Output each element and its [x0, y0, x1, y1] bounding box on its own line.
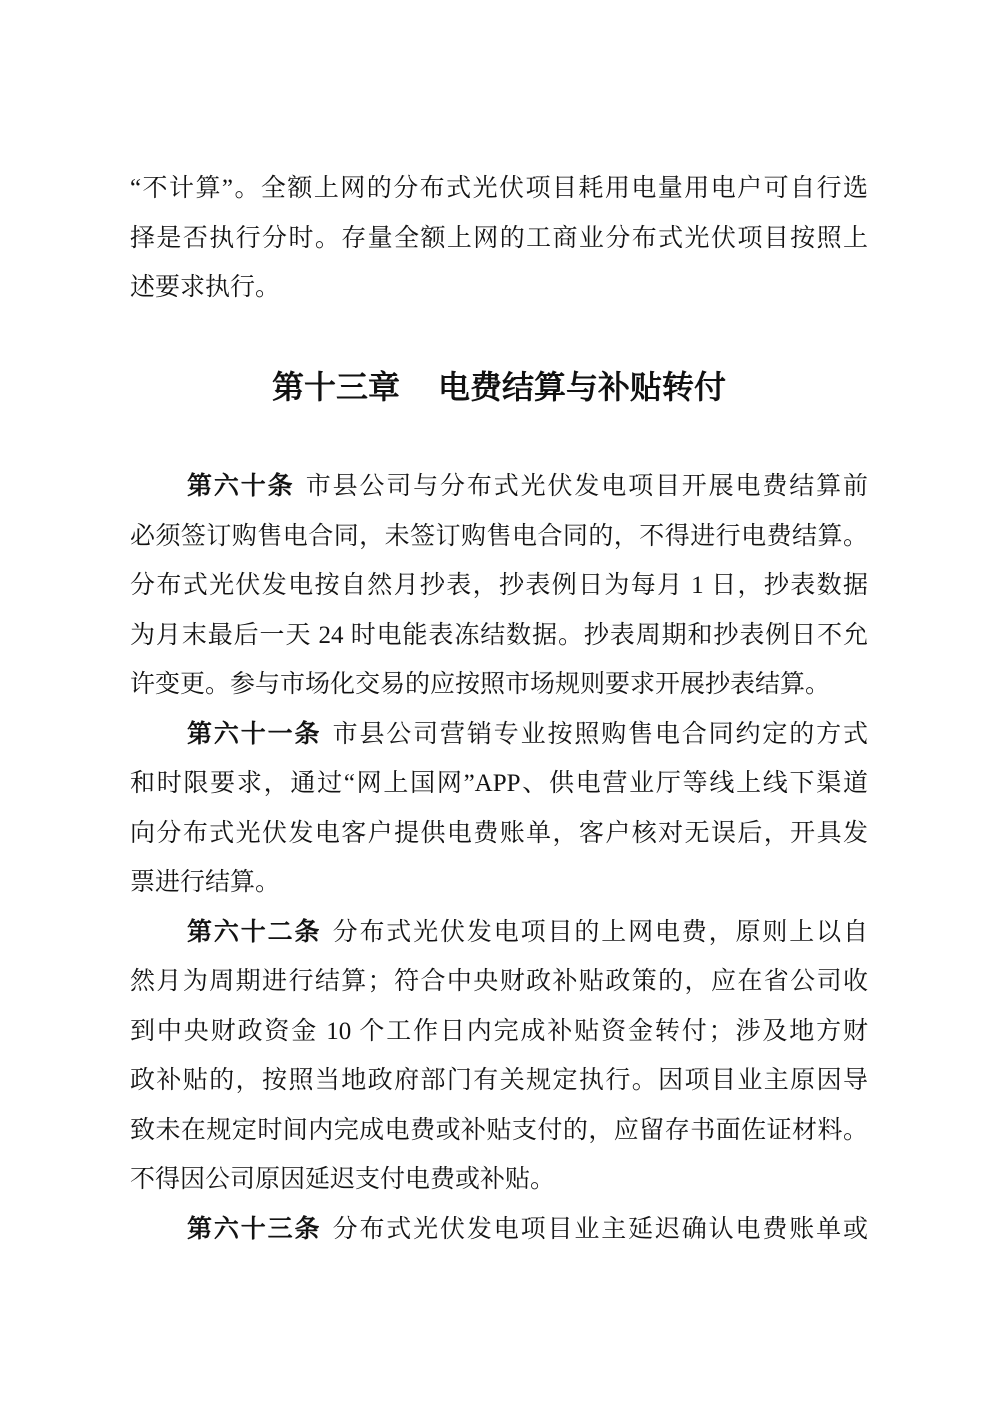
- text-line: 票进行结算。: [130, 858, 868, 908]
- article-text: 市县公司与分布式光伏发电项目开展电费结算前: [306, 473, 868, 500]
- text-line: 第六十一条市县公司营销专业按照购售电合同约定的方式: [130, 710, 868, 760]
- text-line: “不计算”。全额上网的分布式光伏项目耗用电量用电户可自行选: [130, 164, 868, 214]
- article-text: 市县公司营销专业按照购售电合同约定的方式: [333, 721, 868, 748]
- article-number: 第六十二条: [187, 918, 321, 946]
- text-line: 必须签订购售电合同，未签订购售电合同的，不得进行电费结算。: [130, 512, 868, 562]
- article-61: 第六十一条市县公司营销专业按照购售电合同约定的方式 和时限要求，通过“网上国网”…: [130, 710, 868, 908]
- article-62: 第六十二条分布式光伏发电项目的上网电费，原则上以自 然月为周期进行结算；符合中央…: [130, 908, 868, 1205]
- text-line: 许变更。参与市场化交易的应按照市场规则要求开展抄表结算。: [130, 660, 868, 710]
- text-line: 向分布式光伏发电客户提供电费账单，客户核对无误后，开具发: [130, 809, 868, 859]
- article-text: 分布式光伏发电项目的上网电费，原则上以自: [333, 919, 868, 946]
- document-page: “不计算”。全额上网的分布式光伏项目耗用电量用电户可自行选 择是否执行分时。存量…: [0, 0, 992, 1403]
- text-line: 到中央财政资金 10 个工作日内完成补贴资金转付；涉及地方财: [130, 1007, 868, 1057]
- text-line: 述要求执行。: [130, 263, 868, 313]
- text-line: 致未在规定时间内完成电费或补贴支付的，应留存书面佐证材料。: [130, 1106, 868, 1156]
- text-line: 第六十三条分布式光伏发电项目业主延迟确认电费账单或: [130, 1205, 868, 1255]
- article-number: 第六十三条: [187, 1215, 321, 1243]
- text-line: 第六十条市县公司与分布式光伏发电项目开展电费结算前: [130, 462, 868, 512]
- chapter-title: 电费结算与补贴转付: [438, 369, 726, 405]
- article-number: 第六十条: [187, 472, 294, 500]
- text-line: 分布式光伏发电按自然月抄表，抄表例日为每月 1 日，抄表数据: [130, 561, 868, 611]
- text-line: 择是否执行分时。存量全额上网的工商业分布式光伏项目按照上: [130, 214, 868, 264]
- article-number: 第六十一条: [187, 720, 321, 748]
- text-line: 为月末最后一天 24 时电能表冻结数据。抄表周期和抄表例日不允: [130, 611, 868, 661]
- text-line: 然月为周期进行结算；符合中央财政补贴政策的，应在省公司收: [130, 957, 868, 1007]
- chapter-heading: 第十三章电费结算与补贴转付: [130, 363, 868, 413]
- article-text: 分布式光伏发电项目业主延迟确认电费账单或: [333, 1216, 868, 1243]
- article-63: 第六十三条分布式光伏发电项目业主延迟确认电费账单或: [130, 1205, 868, 1255]
- text-line: 第六十二条分布式光伏发电项目的上网电费，原则上以自: [130, 908, 868, 958]
- text-line: 和时限要求，通过“网上国网”APP、供电营业厅等线上线下渠道: [130, 759, 868, 809]
- text-line: 不得因公司原因延迟支付电费或补贴。: [130, 1155, 868, 1205]
- chapter-number: 第十三章: [272, 369, 400, 405]
- article-60: 第六十条市县公司与分布式光伏发电项目开展电费结算前 必须签订购售电合同，未签订购…: [130, 462, 868, 710]
- text-line: 政补贴的，按照当地政府部门有关规定执行。因项目业主原因导: [130, 1056, 868, 1106]
- continuation-paragraph: “不计算”。全额上网的分布式光伏项目耗用电量用电户可自行选 择是否执行分时。存量…: [130, 164, 868, 313]
